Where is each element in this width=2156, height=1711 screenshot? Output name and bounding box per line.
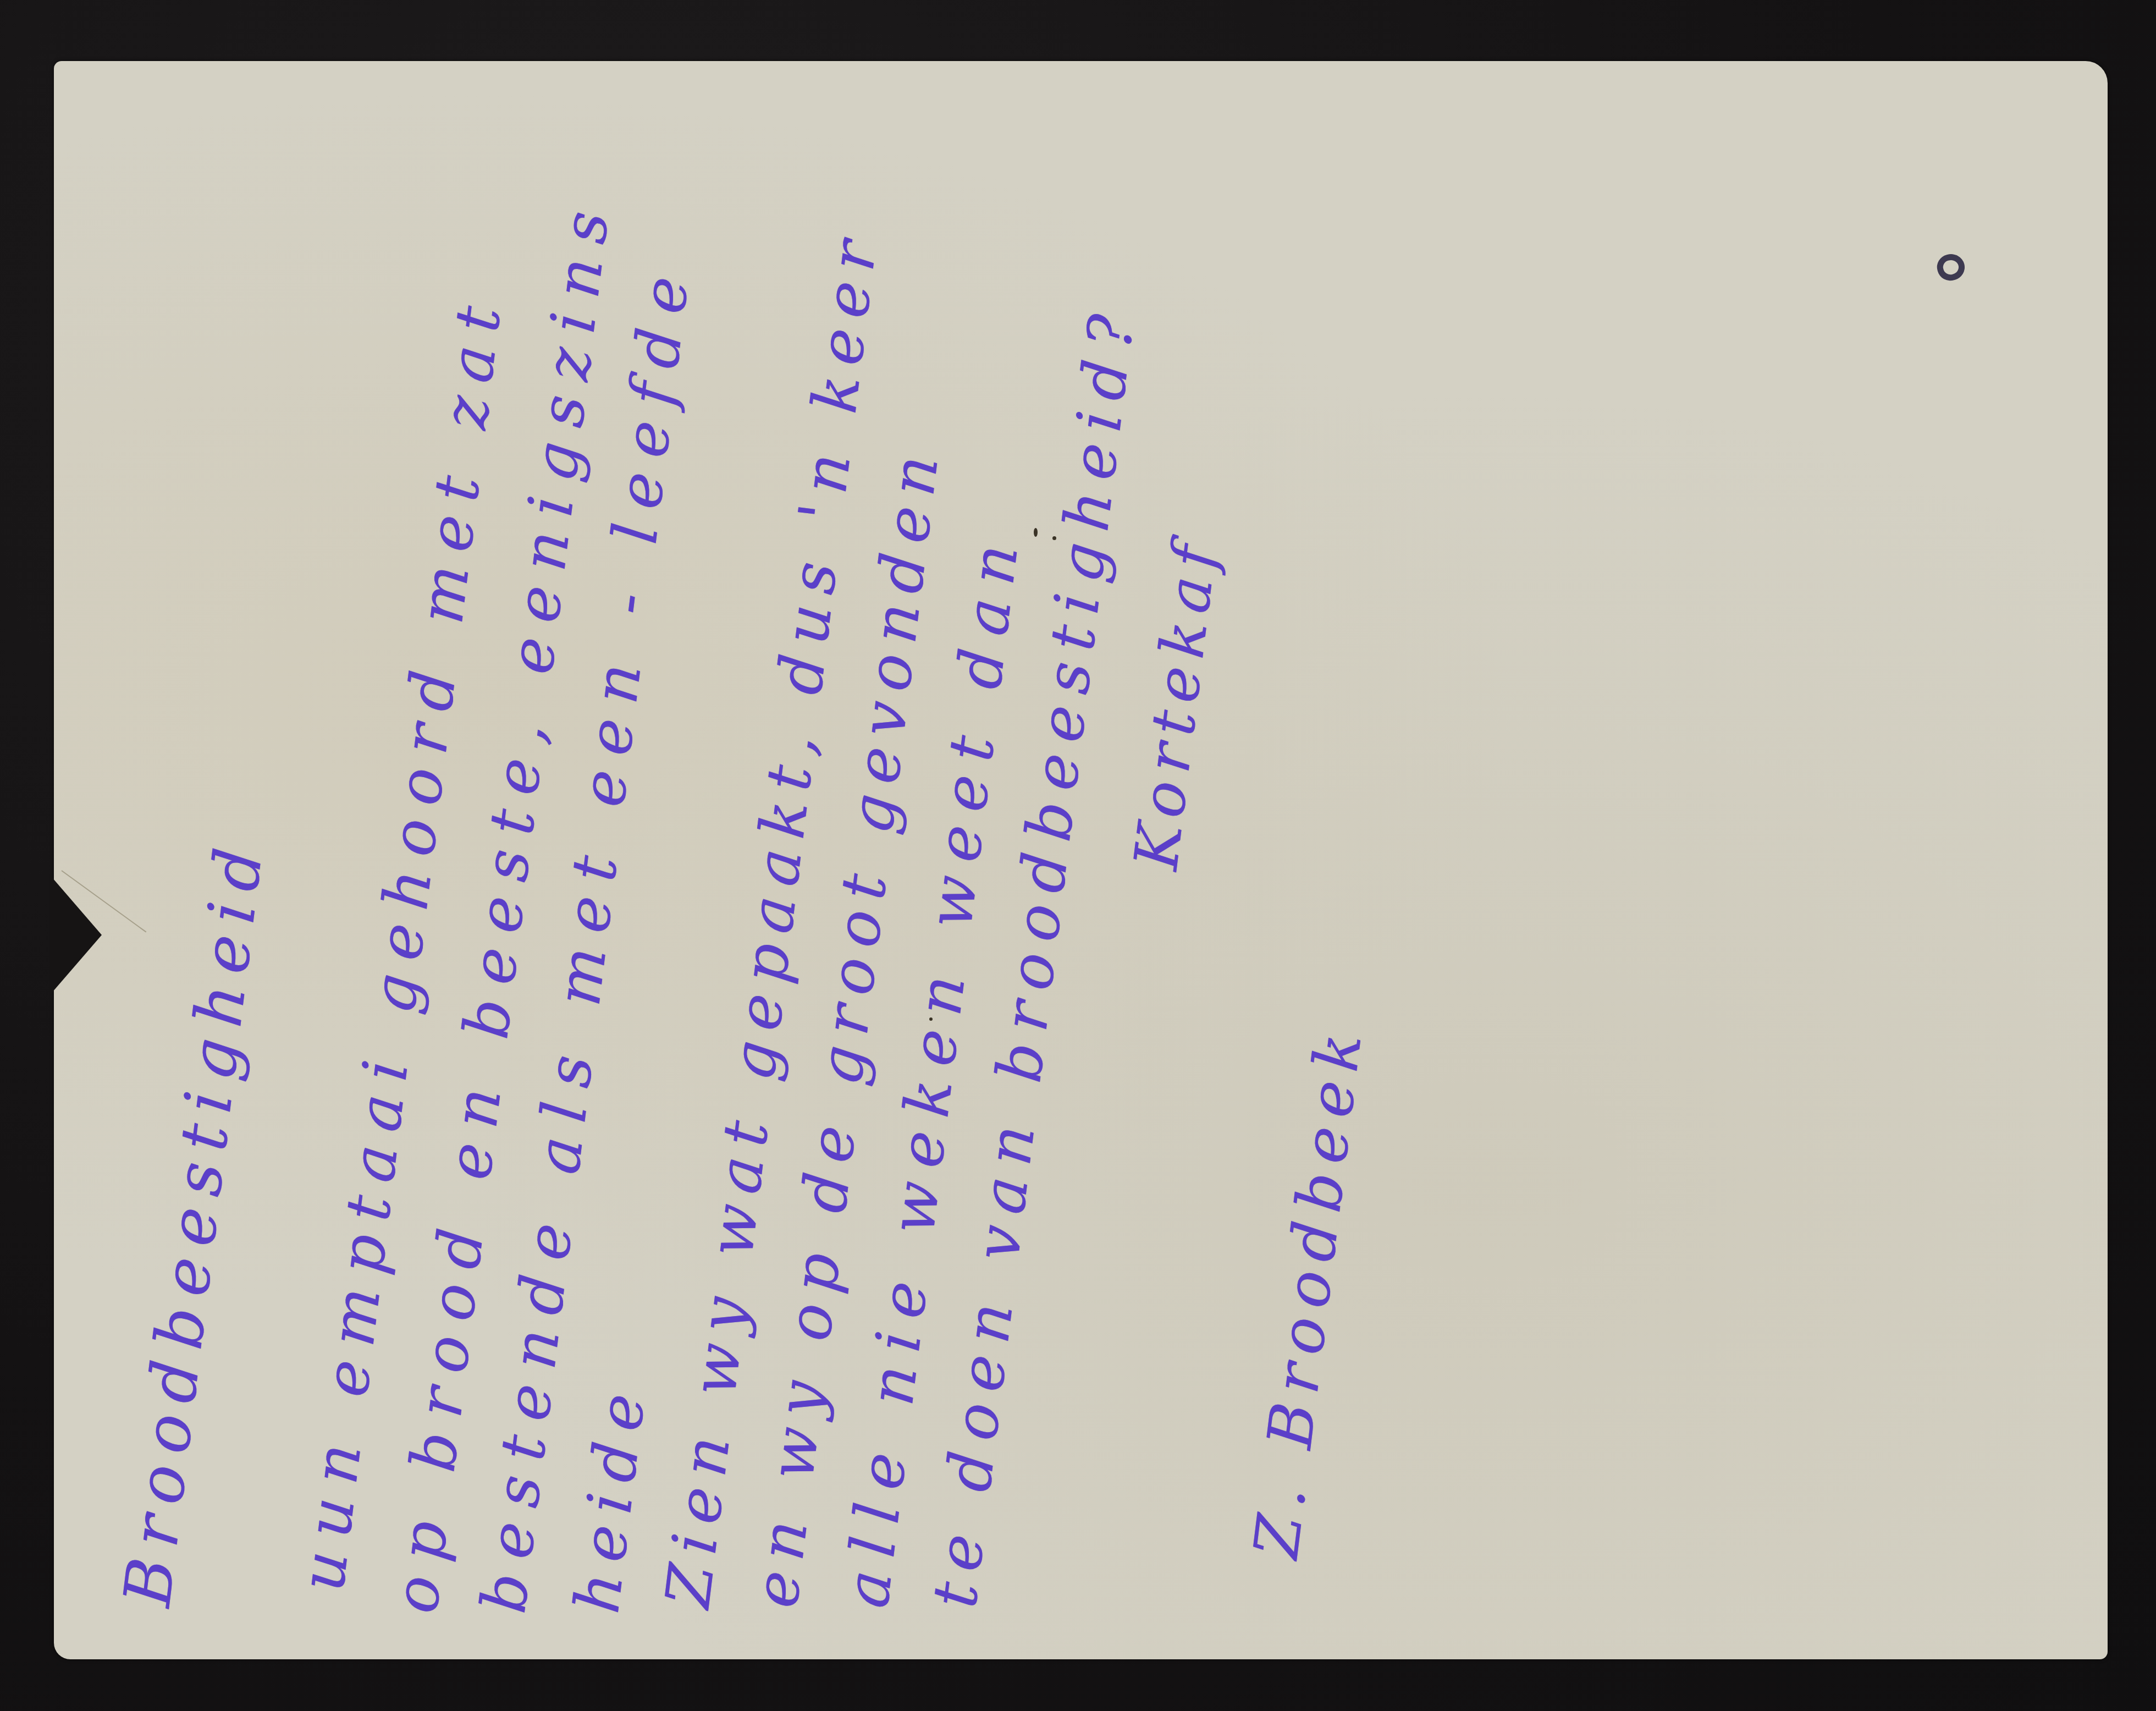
ink-speck [929,1017,933,1021]
signature-broodbeek: Z. Broodbeek [1240,1020,1377,1562]
text-line-4: heide [561,1378,660,1617]
ink-speck [1052,536,1056,540]
signature-kortekaf: Kortekaf [1121,533,1231,873]
ink-speck [1034,528,1038,537]
document-title: Broodbeestigheid [109,832,279,1610]
handwritten-text: Broodbeestigheid uun emptaai gehoord met… [0,0,2156,1711]
